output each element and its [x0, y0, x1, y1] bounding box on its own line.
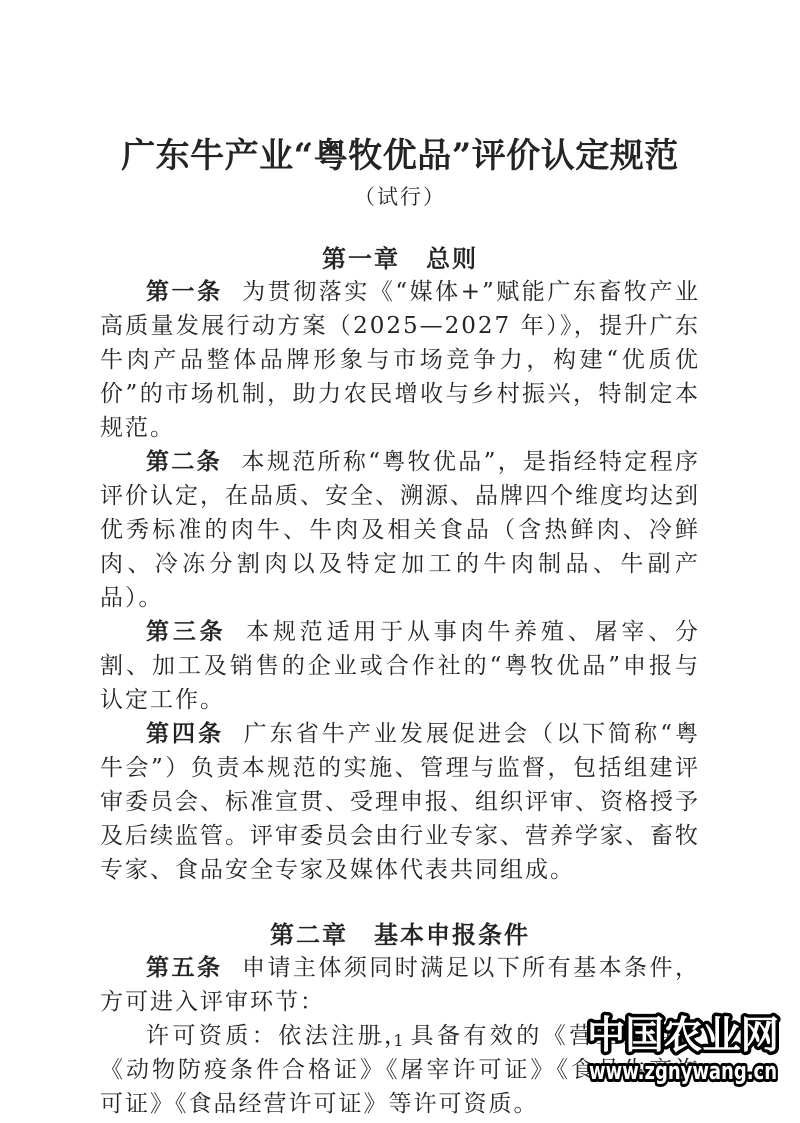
clause-1-number: 第一条 — [146, 278, 223, 305]
clause-paragraph-2: 第二条本规范所称“粤牧优品”，是指经特定程序评价认定，在品质、安全、溯源、品牌四… — [100, 445, 700, 615]
clause-paragraph-3: 第三条本规范适用于从事肉牛养殖、屠宰、分割、加工及销售的企业或合作社的“粤牧优品… — [100, 615, 700, 717]
site-watermark: 中国农业网 www.zgnywang.cn — [582, 1007, 784, 1087]
chapter-2-heading: 第二章 基本申报条件 — [100, 919, 700, 951]
clause-paragraph-4: 第四条广东省牛产业发展促进会（以下简称“粤牛会”）负责本规范的实施、管理与监督，… — [100, 717, 700, 887]
clause-paragraph-1: 第一条为贯彻落实《“媒体+”赋能广东畜牧产业高质量发展行动方案（2025—202… — [100, 275, 700, 445]
clause-2-number: 第二条 — [146, 448, 222, 475]
watermark-site-name: 中国农业网 — [587, 1013, 779, 1057]
clause-5-number: 第五条 — [146, 954, 222, 981]
document-subtitle: （试行） — [100, 182, 700, 212]
clause-4-number: 第四条 — [146, 720, 224, 747]
chapter-1-heading: 第一章 总则 — [100, 243, 700, 275]
clause-3-number: 第三条 — [146, 618, 226, 645]
document-body: 广东牛产业“粤牧优品”评价认定规范 （试行） 第一章 总则 第一条为贯彻落实《“… — [100, 134, 700, 1121]
document-page: 广东牛产业“粤牧优品”评价认定规范 （试行） 第一章 总则 第一条为贯彻落实《“… — [0, 0, 800, 1123]
watermark-graphic: 中国农业网 www.zgnywang.cn — [582, 1007, 784, 1087]
document-title: 广东牛产业“粤牧优品”评价认定规范 — [100, 134, 700, 178]
watermark-site-url: www.zgnywang.cn — [589, 1057, 777, 1085]
